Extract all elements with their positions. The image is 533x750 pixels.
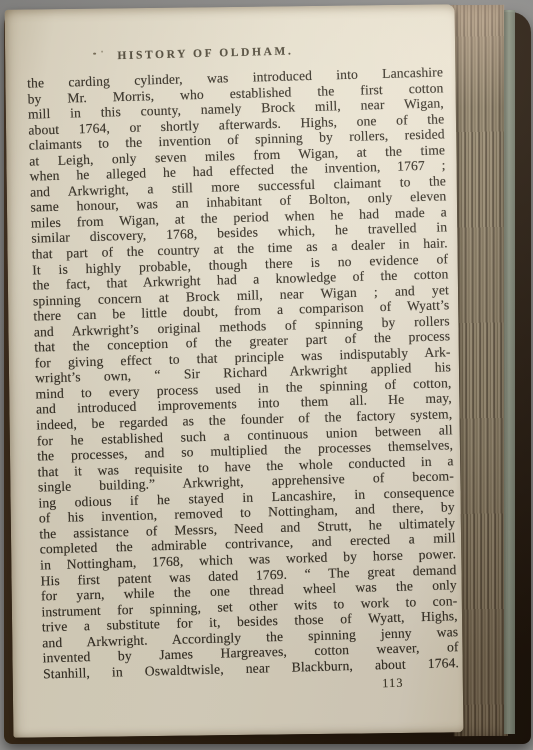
scanned-book-photo: HISTORY OF OLDHAM. the carding cylinder,… bbox=[0, 0, 533, 750]
type-area: HISTORY OF OLDHAM. the carding cylinder,… bbox=[26, 41, 459, 700]
running-head: HISTORY OF OLDHAM. bbox=[26, 41, 442, 64]
fore-edge-green-stripe bbox=[504, 10, 515, 734]
body-text: the carding cylinder, was introduced int… bbox=[27, 64, 459, 681]
book-page: HISTORY OF OLDHAM. the carding cylinder,… bbox=[5, 4, 464, 737]
